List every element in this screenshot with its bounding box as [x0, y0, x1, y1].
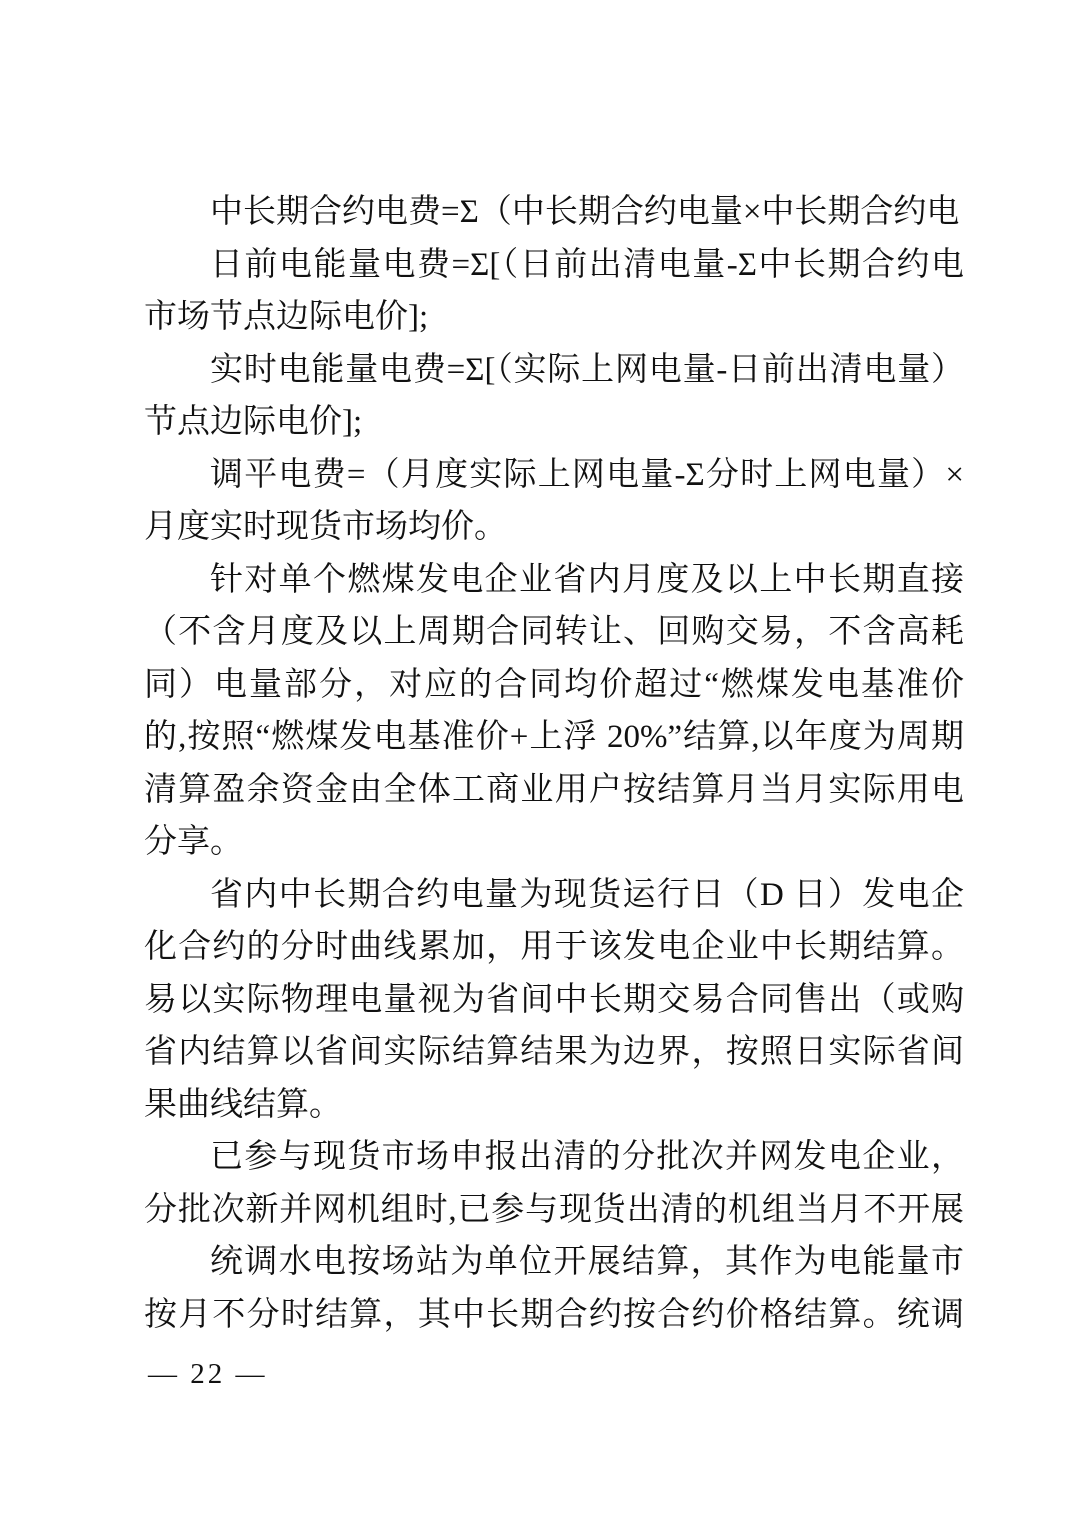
text-line: 实时电能量电费=Σ[（实际上网电量-日前出清电量）×实时市场	[144, 344, 964, 397]
text-line: 省内结算以省间实际结算结果为边界，按照日实际省间调度执行结	[144, 1026, 964, 1079]
page-number: — 22 —	[148, 1358, 268, 1391]
text-line: 果曲线结算。	[144, 1079, 964, 1132]
text-line: 节点边际电价];	[144, 396, 964, 449]
text-line: 清算盈余资金由全体工商业用户按结算月当月实际用电量比例予以	[144, 764, 964, 817]
text-line: 化合约的分时曲线累加，用于该发电企业中长期结算。省间各类交	[144, 921, 964, 974]
text-line: 日前电能量电费=Σ[（日前出清电量-Σ中长期合约电量）×日前	[144, 239, 964, 292]
page-footer: — 22 —	[0, 1358, 1080, 1408]
text-line: 月度实时现货市场均价。	[144, 501, 964, 554]
document-page: 中长期合约电费=Σ（中长期合约电量×中长期合约电价）;日前电能量电费=Σ[（日前…	[0, 0, 1080, 1527]
document-body: 中长期合约电费=Σ（中长期合约电量×中长期合约电价）;日前电能量电费=Σ[（日前…	[144, 186, 964, 1341]
text-line: 省内中长期合约电量为现货运行日（D 日）发电企业所有市场	[144, 869, 964, 922]
text-line: 按月不分时结算，其中长期合约按合约价格结算。统调水电应结合	[144, 1289, 964, 1342]
text-line: （不含月度及以上周期合同转让、回购交易，不含高耗能交易单元合	[144, 606, 964, 659]
text-line: 市场节点边际电价];	[144, 291, 964, 344]
text-line: 针对单个燃煤发电企业省内月度及以上中长期直接交易合同	[144, 554, 964, 607]
text-line: 调平电费=（月度实际上网电量-Σ分时上网电量）×同类型电源	[144, 449, 964, 502]
text-line: 易以实际物理电量视为省间中长期交易合同售出（或购入）电量，	[144, 974, 964, 1027]
text-line: 已参与现货市场申报出清的分批次并网发电企业，其存在当月	[144, 1131, 964, 1184]
text-line: 同）电量部分，对应的合同均价超过“燃煤发电基准价+上浮 20%”	[144, 659, 964, 712]
text-line: 分享。	[144, 816, 964, 869]
text-line: 统调水电按场站为单位开展结算，其作为电能量市场出清边界	[144, 1236, 964, 1289]
text-line: 中长期合约电费=Σ（中长期合约电量×中长期合约电价）;	[144, 186, 964, 239]
text-line: 的,按照“燃煤发电基准价+上浮 20%”结算,以年度为周期进行清算,	[144, 711, 964, 764]
text-line: 分批次新并网机组时,已参与现货出清的机组当月不开展日前结算。	[144, 1184, 964, 1237]
